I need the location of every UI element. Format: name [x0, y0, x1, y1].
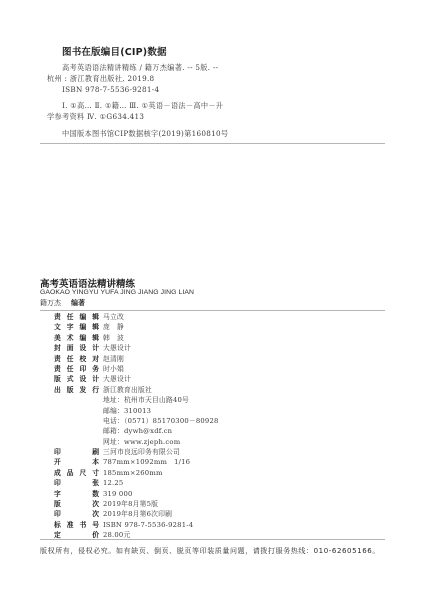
credit-row: 占位邮箱：dywh@xdf.cn [54, 426, 219, 436]
credit-label: 责任校对 [54, 354, 99, 364]
credit-value: 时小娟 [103, 364, 124, 374]
credit-row: 出版发行浙江教育出版社 [54, 385, 219, 395]
credits-divider [40, 539, 385, 540]
credit-value: 邮箱：dywh@xdf.cn [103, 426, 172, 436]
credit-value: 2019年8月第5版 [103, 499, 158, 509]
credit-label: 字数 [54, 489, 99, 499]
credit-label: 印刷 [54, 447, 99, 457]
title-divider [40, 310, 385, 311]
credit-row: 责任校对赵清刚 [54, 354, 219, 364]
credit-row: 字数319 000 [54, 489, 219, 499]
credit-row: 封面设计大愚设计 [54, 343, 219, 353]
credits-list: 责任编辑马立改文字编辑庞 静美术编辑韩 波封面设计大愚设计责任校对赵清刚责任印务… [54, 312, 219, 541]
credit-value: 韩 波 [103, 333, 124, 343]
credit-label: 责任编辑 [54, 312, 99, 322]
credit-row: 印刷三河市良远印务有限公司 [54, 447, 219, 457]
credit-value: 319 000 [103, 489, 133, 499]
credit-row: 印次2019年8月第6次印刷 [54, 509, 219, 519]
credit-value: 12.25 [103, 478, 123, 488]
credit-row: 版次2019年8月第5版 [54, 499, 219, 509]
copyright-notice: 版权所有，侵权必究。如有缺页、倒页、脱页等印装质量问题，请拨打服务热线：010-… [40, 546, 385, 557]
credit-label: 美术编辑 [54, 333, 99, 343]
credit-label: 封面设计 [54, 343, 99, 353]
credit-value: ISBN 978-7-5536-9281-4 [103, 520, 193, 530]
credit-row: 版式设计大愚设计 [54, 374, 219, 384]
cip-line-isbn: ISBN 978-7-5536-9281-4 [62, 85, 159, 94]
credit-row: 占位网址：www.zjeph.com [54, 437, 219, 447]
credit-label: 版式设计 [54, 374, 99, 384]
book-author: 籍万杰编著 [40, 298, 85, 308]
credit-row: 占位电话：（0571）85170300－80928 [54, 416, 219, 426]
credit-value: 大愚设计 [103, 374, 131, 384]
credit-row: 占位邮编：310013 [54, 406, 219, 416]
credit-value: 赵清刚 [103, 354, 124, 364]
book-title: 高考英语语法精讲精练 [40, 276, 135, 290]
author-role: 编著 [71, 299, 85, 307]
credit-row: 责任编辑马立改 [54, 312, 219, 322]
credit-value: 邮编：310013 [103, 406, 151, 416]
credit-row: 标准书号ISBN 978-7-5536-9281-4 [54, 520, 219, 530]
credit-label: 版次 [54, 499, 99, 509]
credit-value: 马立改 [103, 312, 124, 322]
credit-value: 2019年8月第6次印刷 [103, 509, 172, 519]
credit-label: 印次 [54, 509, 99, 519]
credit-row: 文字编辑庞 静 [54, 322, 219, 332]
credit-value: 电话：（0571）85170300－80928 [103, 416, 219, 426]
credit-row: 印张12.25 [54, 478, 219, 488]
credit-value: 大愚设计 [103, 343, 131, 353]
credit-row: 开本787mm×1092mm 1/16 [54, 457, 219, 467]
credit-value: 网址：www.zjeph.com [103, 437, 180, 447]
credit-label: 开本 [54, 457, 99, 467]
credit-value: 地址：杭州市天目山路40号 [103, 395, 189, 405]
credit-value: 185mm×260mm [103, 468, 163, 478]
cip-line-title: 高考英语语法精讲精练 / 籍万杰编著. -- 5版. -- [62, 63, 218, 73]
cip-heading: 图书在版编目(CIP)数据 [62, 44, 167, 58]
credit-value: 庞 静 [103, 322, 124, 332]
author-name: 籍万杰 [40, 299, 61, 307]
credit-label: 出版发行 [54, 385, 99, 395]
credit-label: 责任印务 [54, 364, 99, 374]
cip-line-classification-cont: 学参考资料 Ⅳ. ①G634.413 [47, 112, 144, 122]
credit-label: 成品尺寸 [54, 468, 99, 478]
credit-row: 责任印务时小娟 [54, 364, 219, 374]
book-title-pinyin: GAOKAO YINGYU YUFA JING JIANG JING LIAN [40, 289, 194, 296]
credit-label: 文字编辑 [54, 322, 99, 332]
credit-value: 三河市良远印务有限公司 [103, 447, 180, 457]
cip-line-record-number: 中国版本图书馆CIP数据核字(2019)第160810号 [62, 129, 228, 139]
credit-label: 标准书号 [54, 520, 99, 530]
credit-row: 成品尺寸185mm×260mm [54, 468, 219, 478]
cip-line-classification: Ⅰ. ①高… Ⅱ. ①籍… Ⅲ. ①英语－语法－高中－升 [62, 101, 223, 111]
cip-divider [40, 143, 385, 144]
credit-label: 印张 [54, 478, 99, 488]
cip-line-publisher: 杭州 : 浙江教育出版社, 2019.8 [47, 74, 154, 84]
credit-row: 占位地址：杭州市天目山路40号 [54, 395, 219, 405]
credit-row: 美术编辑韩 波 [54, 333, 219, 343]
credit-value: 浙江教育出版社 [103, 385, 152, 395]
credit-value: 787mm×1092mm 1/16 [103, 457, 190, 467]
